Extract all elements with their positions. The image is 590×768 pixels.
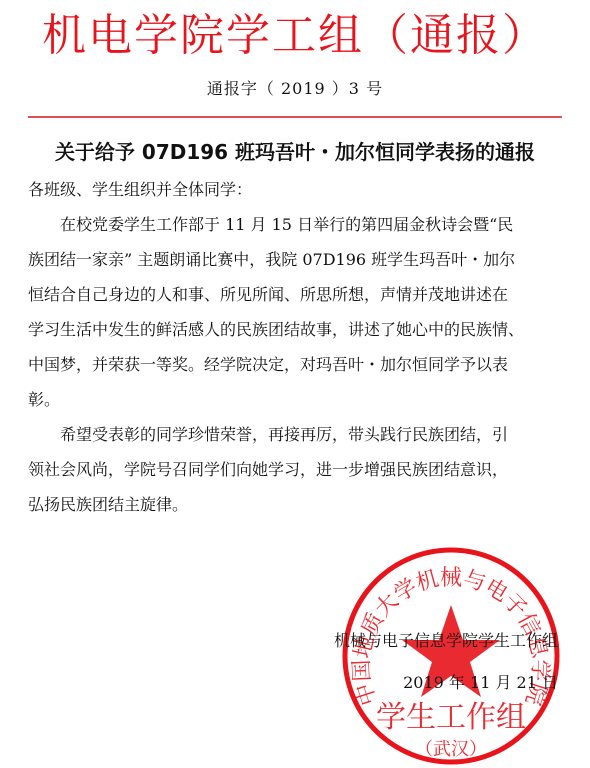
paragraph-line: 恒结合自己身边的人和事、所见所闻、所思所想，声情并茂地讲述在 <box>28 277 563 312</box>
paragraph-line: 学习生活中发生的鲜活感人的民族团结故事，讲述了她心中的民族情、 <box>28 312 563 347</box>
notice-title: 关于给予 07D196 班玛吾叶・加尔恒同学表扬的通报 <box>0 136 590 165</box>
signature-date: 2019 年 11 月 21 日 <box>334 662 558 704</box>
seal-location-text: （武汉） <box>415 739 487 760</box>
paragraph-line: 在校党委学生工作部于 11 月 15 日举行的第四届金秋诗会暨“民 <box>28 207 563 242</box>
salutation: 各班级、学生组织并全体同学： <box>28 172 563 207</box>
header-divider <box>28 116 562 118</box>
paragraph-line: 中国梦，并荣获一等奖。经学院决定，对玛吾叶・加尔恒同学予以表 <box>28 347 563 382</box>
paragraph-line: 弘扬民族团结主旋律。 <box>28 487 563 522</box>
signature-organization: 机械与电子信息学院学生工作组 <box>334 620 558 662</box>
seal-center-text: 学生工作组 <box>376 700 526 735</box>
document-banner: 机电学院学工组（通报） <box>0 8 590 64</box>
paragraph-line: 领社会风尚，学院号召同学们向她学习，进一步增强民族团结意识， <box>28 452 563 487</box>
paragraph-line: 希望受表彰的同学珍惜荣誉，再接再厉，带头践行民族团结，引 <box>28 417 563 452</box>
notice-body: 各班级、学生组织并全体同学： 在校党委学生工作部于 11 月 15 日举行的第四… <box>28 172 563 522</box>
paragraph-line: 族团结一家亲” 主题朗诵比赛中，我院 07D196 班学生玛吾叶・加尔 <box>28 242 563 277</box>
paragraph-line: 彰。 <box>28 382 563 417</box>
signature-block: 机械与电子信息学院学生工作组 2019 年 11 月 21 日 <box>334 620 558 704</box>
document-number: 通报字（ 2019 ）3 号 <box>0 76 590 99</box>
